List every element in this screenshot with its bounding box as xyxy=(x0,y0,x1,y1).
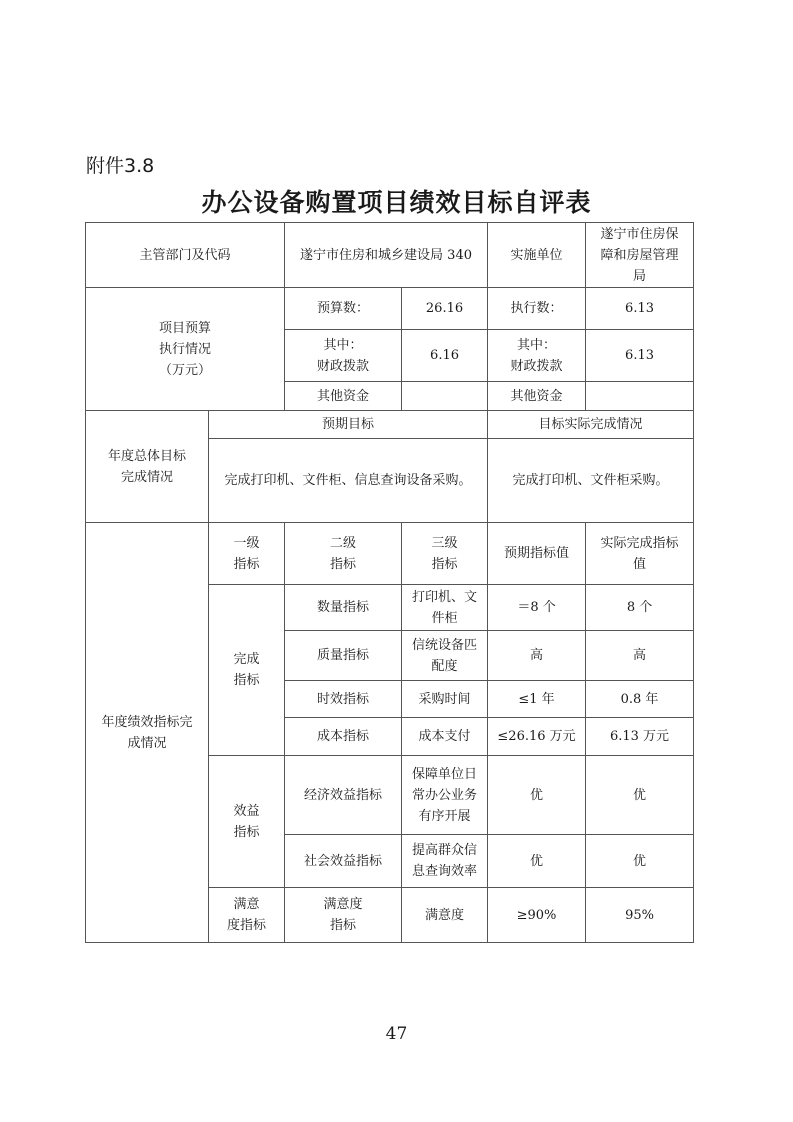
page-number: 47 xyxy=(0,1024,793,1044)
expected-goal-header: 预期目标 xyxy=(209,411,488,439)
level2-cell: 数量指标 xyxy=(285,585,402,631)
group-completion: 完成 指标 xyxy=(209,585,285,756)
level2-cell: 质量指标 xyxy=(285,631,402,681)
level3-cell: 信统设备匹 配度 xyxy=(402,631,488,681)
header-expected: 预期指标值 xyxy=(488,523,586,585)
exec-count-value: 6.13 xyxy=(586,288,694,330)
budget-label: 项目预算 执行情况 （万元） xyxy=(86,288,285,411)
header-level1: 一级 指标 xyxy=(209,523,285,585)
expected-cell: ≥90% xyxy=(488,888,586,943)
header-level2: 二级 指标 xyxy=(285,523,402,585)
actual-cell: 95% xyxy=(586,888,694,943)
actual-cell: 优 xyxy=(586,756,694,835)
level2-cell: 经济效益指标 xyxy=(285,756,402,835)
actual-cell: 8 个 xyxy=(586,585,694,631)
other-funds-budget xyxy=(402,382,488,411)
level3-cell: 采购时间 xyxy=(402,681,488,718)
group-satisfaction: 满意 度指标 xyxy=(209,888,285,943)
expected-cell: ≤1 年 xyxy=(488,681,586,718)
expected-cell: ＝8 个 xyxy=(488,585,586,631)
dept-value: 遂宁市住房和城乡建设局 340 xyxy=(285,223,488,288)
header-actual: 实际完成指标 值 xyxy=(586,523,694,585)
expected-cell: 优 xyxy=(488,835,586,888)
exec-count-label: 执行数： xyxy=(488,288,586,330)
evaluation-table: 主管部门及代码 遂宁市住房和城乡建设局 340 实施单位 遂宁市住房保 障和房屋… xyxy=(85,222,694,943)
annual-goal-label: 年度总体目标 完成情况 xyxy=(86,411,209,523)
actual-cell: 0.8 年 xyxy=(586,681,694,718)
level2-cell: 时效指标 xyxy=(285,681,402,718)
fiscal-exec-value: 6.13 xyxy=(586,330,694,382)
indicators-label: 年度绩效指标完 成情况 xyxy=(86,523,209,943)
expected-goal-text: 完成打印机、文件柜、信息查询设备采购。 xyxy=(209,439,488,523)
level3-cell: 保障单位日 常办公业务 有序开展 xyxy=(402,756,488,835)
dept-label: 主管部门及代码 xyxy=(86,223,285,288)
fiscal-budget-value: 6.16 xyxy=(402,330,488,382)
other-funds-exec xyxy=(586,382,694,411)
other-funds-label: 其他资金 xyxy=(285,382,402,411)
expected-cell: 高 xyxy=(488,631,586,681)
budget-count-value: 26.16 xyxy=(402,288,488,330)
level3-cell: 成本支付 xyxy=(402,718,488,756)
attachment-label: 附件3.8 xyxy=(86,151,154,178)
header-level3: 三级 指标 xyxy=(402,523,488,585)
impl-unit-value: 遂宁市住房保 障和房屋管理 局 xyxy=(586,223,694,288)
level3-cell: 满意度 xyxy=(402,888,488,943)
expected-cell: 优 xyxy=(488,756,586,835)
level2-cell: 社会效益指标 xyxy=(285,835,402,888)
other-funds-exec-label: 其他资金 xyxy=(488,382,586,411)
level2-cell: 满意度 指标 xyxy=(285,888,402,943)
actual-cell: 优 xyxy=(586,835,694,888)
level3-cell: 打印机、文 件柜 xyxy=(402,585,488,631)
group-benefit: 效益 指标 xyxy=(209,756,285,888)
budget-count-label: 预算数： xyxy=(285,288,402,330)
page-title: 办公设备购置项目绩效目标自评表 xyxy=(0,183,793,219)
fiscal-exec-label: 其中： 财政拨款 xyxy=(488,330,586,382)
level3-cell: 提高群众信 息查询效率 xyxy=(402,835,488,888)
actual-goal-header: 目标实际完成情况 xyxy=(488,411,694,439)
actual-cell: 6.13 万元 xyxy=(586,718,694,756)
fiscal-budget-label: 其中： 财政拨款 xyxy=(285,330,402,382)
actual-goal-text: 完成打印机、文件柜采购。 xyxy=(488,439,694,523)
level2-cell: 成本指标 xyxy=(285,718,402,756)
actual-cell: 高 xyxy=(586,631,694,681)
impl-unit-label: 实施单位 xyxy=(488,223,586,288)
expected-cell: ≤26.16 万元 xyxy=(488,718,586,756)
